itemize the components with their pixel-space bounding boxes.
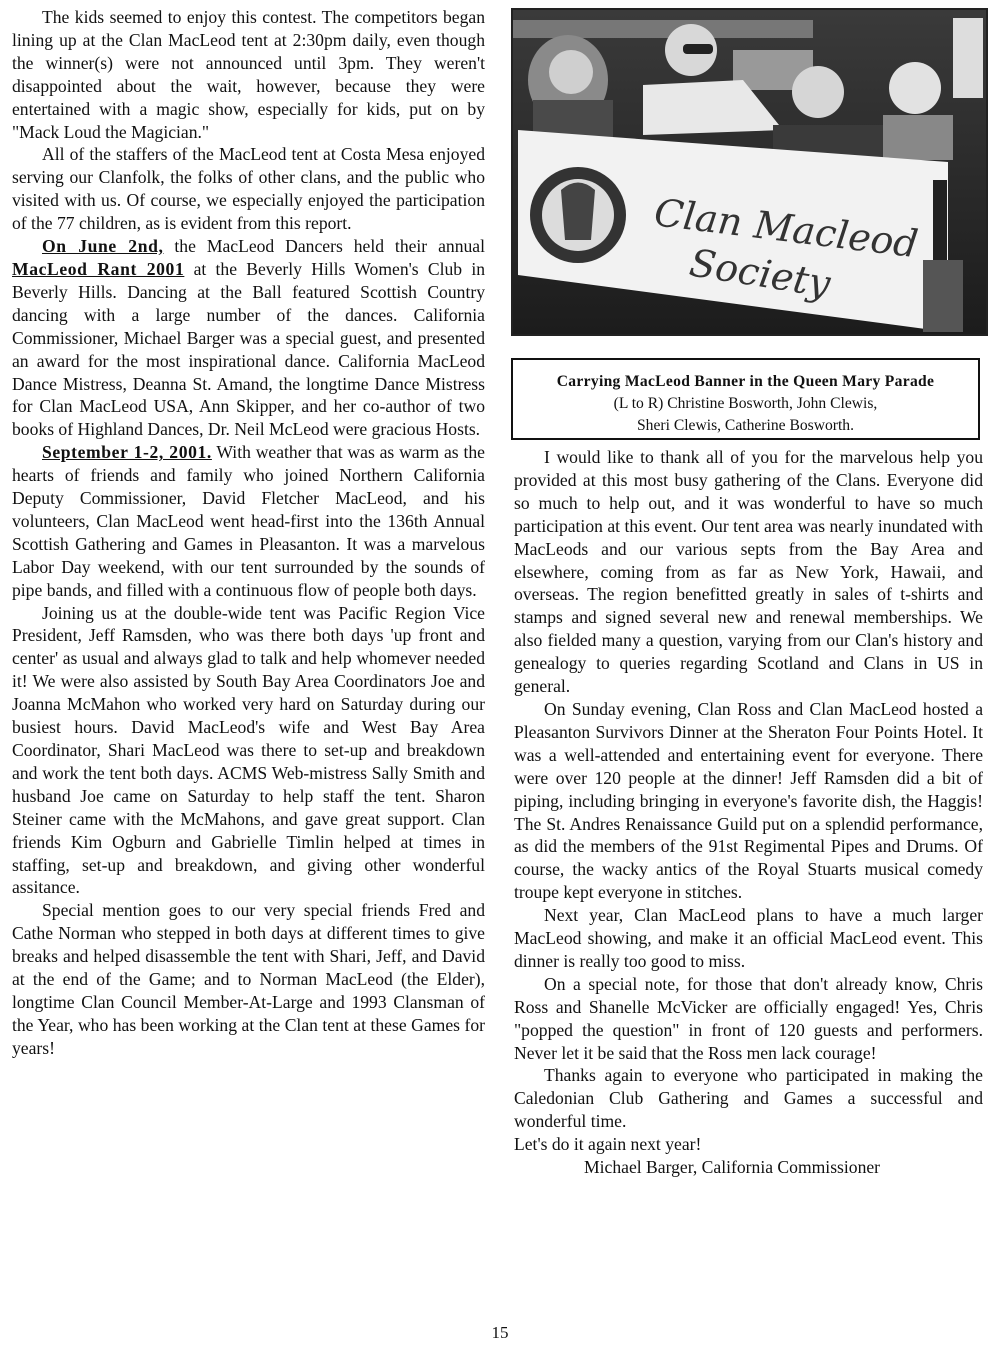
signature: Michael Barger, California Commissioner [514, 1156, 983, 1179]
paragraph-contest: The kids seemed to enjoy this contest. T… [12, 6, 485, 143]
event-name-macleod-rant: MacLeod Rant 2001 [12, 259, 184, 279]
photo-caption: Carrying MacLeod Banner in the Queen Mar… [511, 358, 980, 440]
paragraph-next-year: Next year, Clan MacLeod plans to have a … [514, 904, 983, 973]
paragraph-thanks: I would like to thank all of you for the… [514, 446, 983, 698]
banner-photo: Clan Macleod Society [511, 8, 988, 336]
paragraph-survivors-dinner: On Sunday evening, Clan Ross and Clan Ma… [514, 698, 983, 904]
closing-line: Let's do it again next year! [514, 1133, 983, 1156]
paragraph-volunteers: Joining us at the double-wide tent was P… [12, 602, 485, 900]
paragraph-engagement: On a special note, for those that don't … [514, 973, 983, 1065]
date-heading-june: On June 2nd, [42, 236, 163, 256]
left-column: The kids seemed to enjoy this contest. T… [12, 6, 485, 1060]
paragraph-special-mention: Special mention goes to our very special… [12, 899, 485, 1059]
caption-title: Carrying MacLeod Banner in the Queen Mar… [513, 371, 978, 393]
paragraph-costa-mesa: All of the staffers of the MacLeod tent … [12, 143, 485, 235]
date-heading-september: September 1-2, 2001. [42, 442, 212, 462]
photo-image: Clan Macleod Society [513, 10, 986, 334]
caption-names-line2: Sheri Clewis, Catherine Bosworth. [513, 415, 978, 437]
paragraph-pleasanton: September 1-2, 2001. With weather that w… [12, 441, 485, 601]
paragraph-macleod-rant: On June 2nd, the MacLeod Dancers held th… [12, 235, 485, 441]
page-number: 15 [0, 1323, 1000, 1343]
caption-names-line1: (L to R) Christine Bosworth, John Clewis… [513, 393, 978, 415]
paragraph-thanks-again: Thanks again to everyone who participate… [514, 1064, 983, 1133]
right-column: I would like to thank all of you for the… [514, 446, 983, 1179]
